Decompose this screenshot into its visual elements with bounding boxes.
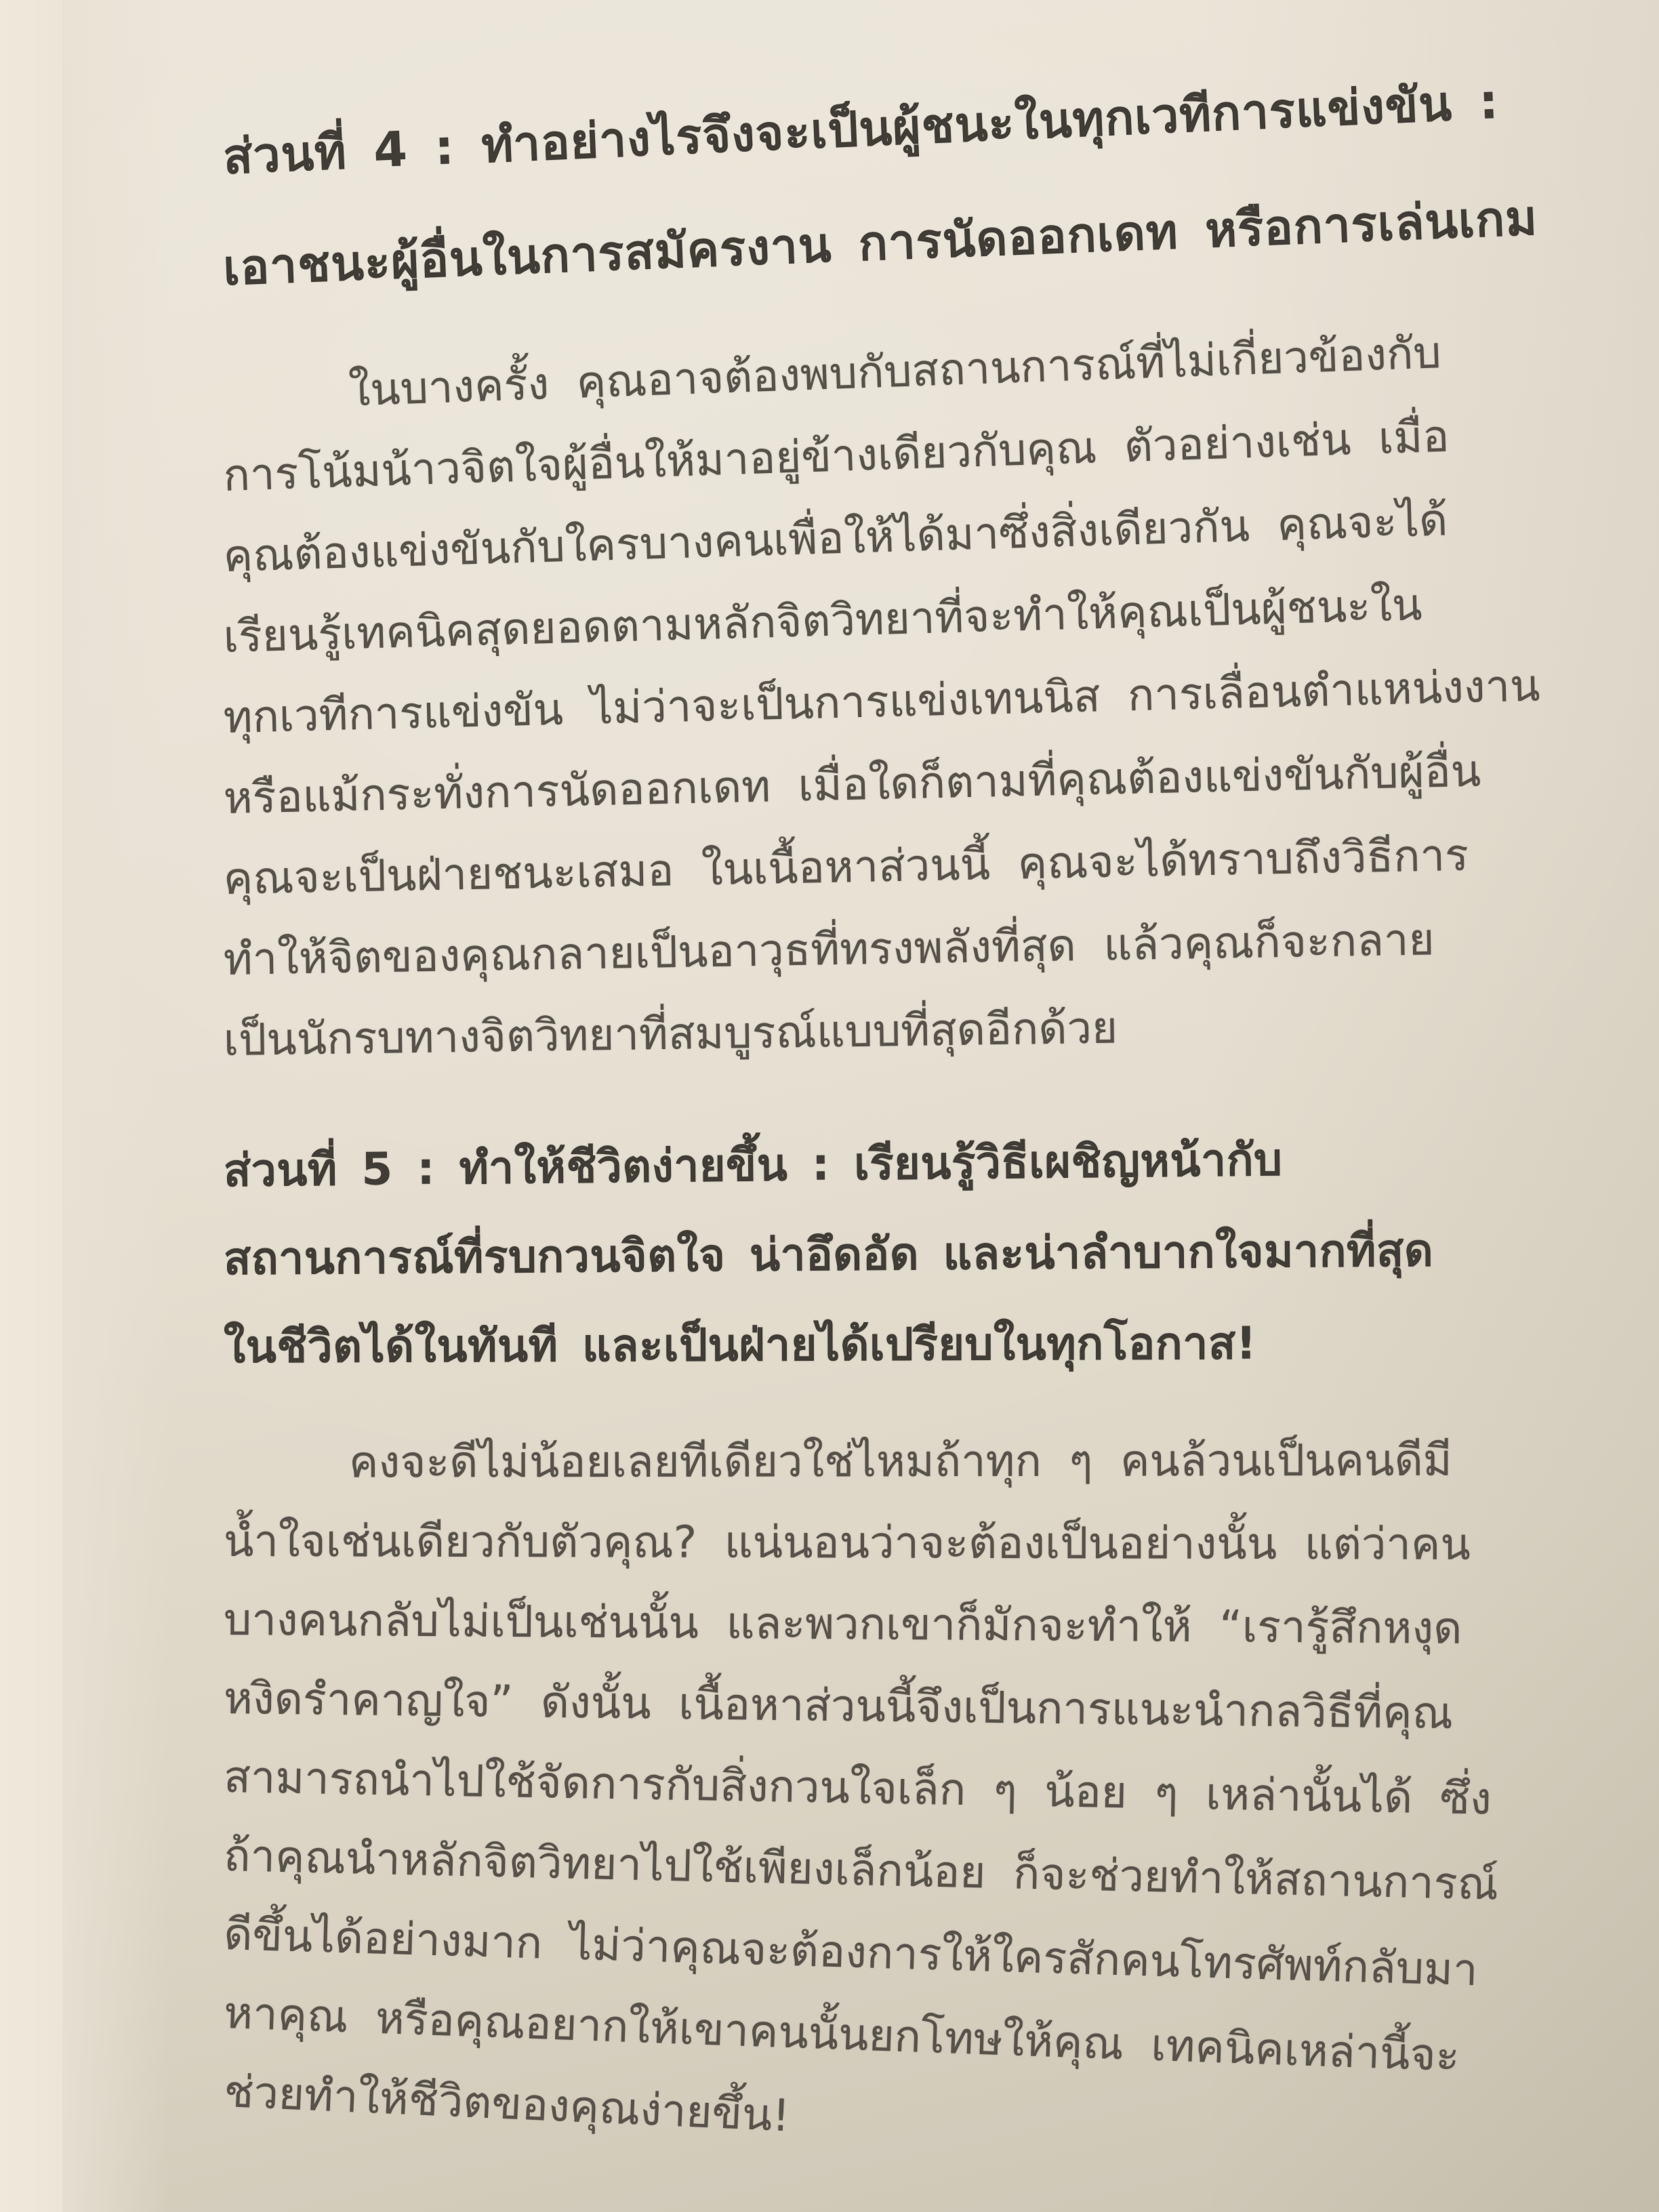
section-5-heading-line-2: สถานการณ์ที่รบกวนจิตใจ น่าอึดอัด และน่าล… <box>223 1206 1586 1303</box>
section-5-heading-line-1: ส่วนที่ 5 : ทำให้ชีวิตง่ายขึ้น : เรียนรู… <box>223 1113 1586 1215</box>
section-5-heading: ส่วนที่ 5 : ทำให้ชีวิตง่ายขึ้น : เรียนรู… <box>224 1127 1586 1391</box>
section-4-paragraph: ในบางครั้ง คุณอาจต้องพบกับสถานการณ์ที่ไม… <box>224 355 1586 1081</box>
page-left-edge-fade <box>62 0 171 2212</box>
book-page: ส่วนที่ 4 : ทำอย่างไรจึงจะเป็นผู้ชนะในทุ… <box>0 0 1659 2212</box>
text-line: หงิดรำคาญใจ” ดังนั้น เนื้อหาส่วนนี้จึงเป… <box>223 1660 1586 1755</box>
page-content: ส่วนที่ 4 : ทำอย่างไรจึงจะเป็นผู้ชนะในทุ… <box>224 102 1586 2131</box>
section-4-heading: ส่วนที่ 4 : ทำอย่างไรจึงจะเป็นผู้ชนะในทุ… <box>224 102 1586 324</box>
text-line: น้ำใจเช่นเดียวกับตัวคุณ? แน่นอนว่าจะต้อง… <box>224 1502 1586 1584</box>
page-left-edge <box>0 0 62 2212</box>
section-5-heading-line-3: ในชีวิตได้ในทันที และเป็นฝ่ายได้เปรียบใน… <box>224 1298 1586 1391</box>
text-line: บางคนกลับไม่เป็นเช่นนั้น และพวกเขาก็มักจ… <box>224 1581 1586 1669</box>
section-5-paragraph: คงจะดีไม่น้อยเลยทีเดียวใช่ไหมถ้าทุก ๆ คน… <box>224 1424 1586 2131</box>
text-line: คงจะดีไม่น้อยเลยทีเดียวใช่ไหมถ้าทุก ๆ คน… <box>224 1421 1586 1502</box>
